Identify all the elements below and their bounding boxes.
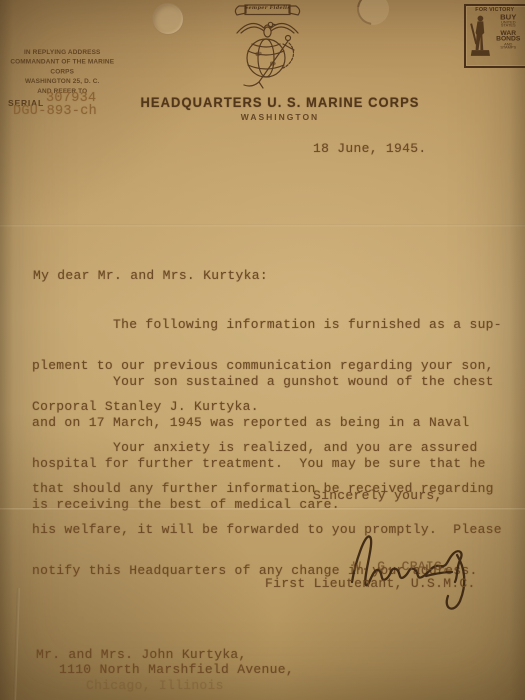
war-bonds-stamp-inner: FOR VICTORY BUY UNITED STATES WAR BONDS … (466, 6, 525, 64)
reply-line-3: WASHINGTON 25, D. C. (6, 76, 119, 86)
paragraph-3-line-1: Your anxiety is realized, and you are as… (32, 441, 502, 455)
paragraph-2-line-1: Your son sustained a gunshot wound of th… (32, 375, 494, 389)
date-line: 18 June, 1945. (313, 142, 426, 156)
stamp-line-united-states: UNITED STATES (497, 21, 519, 28)
letter-photo: Semper Fidelis FOR VICTORY BUY UNITED ST… (0, 0, 525, 700)
stamp-text-column: BUY UNITED STATES WAR BONDS AND STAMPS (492, 15, 525, 53)
paragraph-1-line-1: The following information is furnished a… (32, 318, 502, 332)
minuteman-icon (469, 14, 492, 60)
usmc-emblem: Semper Fidelis (225, 2, 310, 94)
usmc-eagle-globe-anchor-icon (225, 2, 310, 94)
signed-title: First Lieutenant, U.S.M.C. (265, 577, 476, 591)
recipient-line-3: Chicago, Illinois (86, 679, 224, 693)
signed-name: W. G. CRAIG, (353, 560, 450, 574)
fold-crease-upper (0, 224, 525, 227)
salutation: My dear Mr. and Mrs. Kurtyka: (33, 269, 268, 283)
vertical-crease (13, 588, 20, 700)
punch-hole-right (351, 0, 396, 31)
punch-hole-left (152, 3, 184, 35)
letterhead-subtitle: WASHINGTON (35, 112, 525, 122)
recipient-line-2: 1110 North Marshfield Avenue, (59, 663, 294, 677)
stamp-line-and-stamps: AND STAMPS (497, 43, 519, 50)
reply-line-1: IN REPLYING ADDRESS (6, 47, 119, 57)
reply-address-block: IN REPLYING ADDRESS COMMANDANT OF THE MA… (6, 47, 119, 96)
recipient-line-1: Mr. and Mrs. John Kurtyka, (36, 648, 247, 662)
closing: Sincerely yours, (313, 489, 443, 503)
reply-line-2: COMMANDANT OF THE MARINE CORPS (6, 57, 119, 77)
stamp-header-text: FOR VICTORY (472, 7, 518, 12)
letterhead-title: HEADQUARTERS U. S. MARINE CORPS (45, 95, 515, 110)
war-bonds-stamp: FOR VICTORY BUY UNITED STATES WAR BONDS … (464, 4, 525, 68)
motto-scroll-text: Semper Fidelis (241, 4, 294, 10)
